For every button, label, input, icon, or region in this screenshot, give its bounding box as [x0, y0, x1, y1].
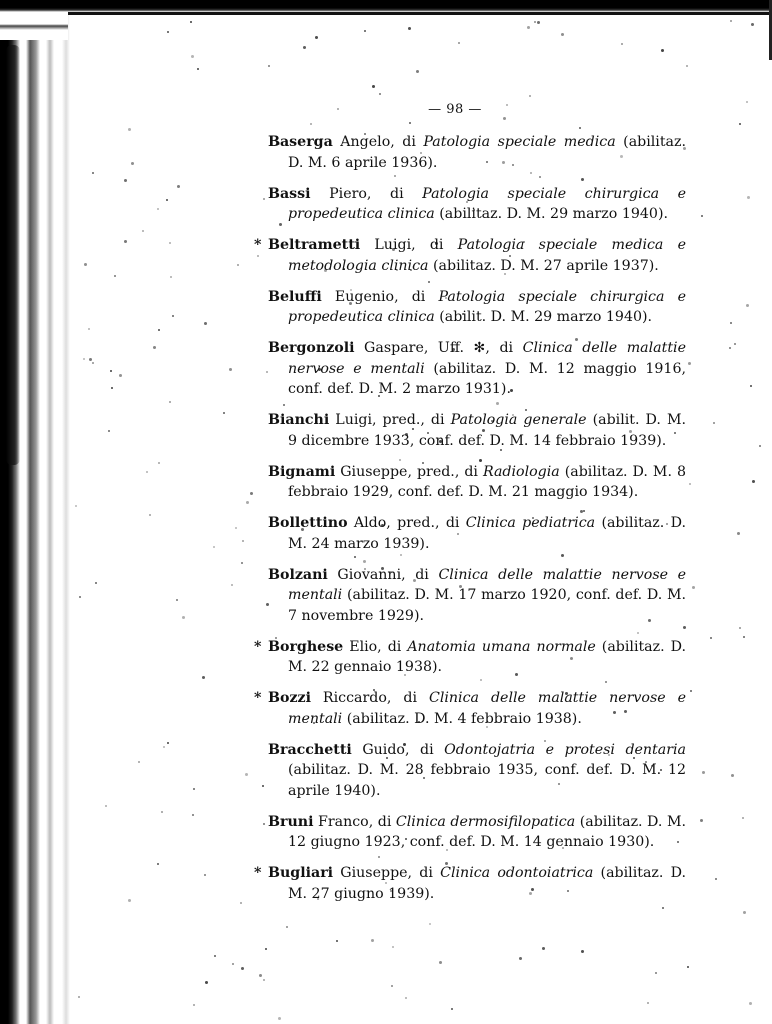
speck — [702, 771, 705, 774]
scan-top-border — [0, 0, 772, 12]
speck — [92, 362, 94, 364]
speck — [655, 972, 657, 974]
star-marker: * — [254, 235, 261, 256]
speck — [336, 940, 338, 942]
speck — [689, 483, 691, 485]
list-item: Bollettino Aldo, pred., di Clinica pedia… — [268, 513, 686, 554]
speck — [202, 676, 205, 679]
speck — [182, 616, 185, 619]
list-item: Bignami Giuseppe, pred., di Radiologia (… — [268, 462, 686, 503]
speck — [192, 814, 194, 816]
speck — [742, 817, 744, 819]
list-item: Bergonzoli Gaspare, Uff. ✻, di Clinica d… — [268, 338, 686, 400]
speck — [142, 230, 144, 232]
entry-details: (abilit. D. M. 29 marzo 1940). — [435, 309, 652, 325]
entry-subject: Radiologia — [483, 464, 560, 480]
speck — [537, 21, 540, 24]
speck — [391, 985, 393, 987]
binding-shadow — [6, 45, 20, 465]
speck — [416, 70, 419, 73]
speck — [278, 1017, 281, 1020]
entry-subject: Odontojatria e protesi dentaria — [444, 742, 686, 758]
speck — [241, 562, 243, 564]
speck — [108, 430, 110, 432]
speck — [561, 33, 564, 36]
speck — [163, 746, 165, 748]
speck — [743, 911, 746, 914]
speck — [392, 946, 394, 948]
speck — [169, 401, 171, 403]
entry-surname: Bolzani — [268, 567, 328, 583]
speck — [197, 68, 199, 70]
speck — [237, 264, 239, 266]
speck — [527, 26, 530, 29]
speck — [734, 343, 736, 345]
speck — [191, 55, 194, 58]
speck — [688, 362, 691, 365]
speck — [229, 368, 232, 371]
entry-subject: Clinica pediatrica — [466, 515, 595, 531]
scan-top-rule — [68, 12, 772, 15]
speck — [713, 422, 715, 424]
entry-surname: Bassi — [268, 186, 311, 202]
entry-given-name: Aldo, pred., di — [348, 515, 466, 531]
speck — [84, 263, 87, 266]
entry-surname: Bugliari — [268, 865, 333, 881]
speck — [158, 462, 160, 464]
speck — [119, 374, 122, 377]
entry-details: (abilitaz. D. M. 27 aprile 1937). — [428, 258, 658, 274]
speck — [749, 1002, 752, 1005]
entry-given-name: Piero, di — [311, 186, 423, 202]
speck — [731, 774, 734, 777]
entry-subject: Patologia speciale medica — [423, 134, 615, 150]
speck — [214, 955, 216, 957]
list-item: Bruni Franco, di Clinica dermosifilopati… — [268, 812, 686, 853]
speck — [193, 1004, 195, 1006]
speck — [241, 967, 244, 970]
speck — [752, 480, 755, 483]
speck — [146, 471, 148, 473]
speck — [79, 596, 81, 598]
speck — [124, 240, 127, 243]
speck — [458, 42, 460, 44]
entry-details: (abilitaz. D. M. 17 marzo 1920, conf. de… — [288, 587, 686, 624]
speck — [78, 996, 80, 998]
speck — [692, 586, 695, 589]
speck — [337, 108, 339, 110]
speck — [265, 948, 267, 950]
faculty-list: Baserga Angelo, di Patologia speciale me… — [268, 132, 686, 915]
entry-details: (abilitaz. D. M. 29 marzo 1940). — [435, 206, 668, 222]
entry-subject: Anatomia umana normale — [407, 639, 595, 655]
speck — [409, 122, 411, 124]
speck — [700, 819, 703, 822]
entry-given-name: Giovanni, di — [328, 567, 439, 583]
entry-given-name: Giuseppe, di — [333, 865, 440, 881]
entry-given-name: Franco, di — [314, 814, 396, 830]
speck — [661, 49, 664, 52]
scanned-page: — 98 — Baserga Angelo, di Patologia spec… — [0, 0, 772, 1024]
speck — [730, 20, 732, 22]
star-marker: * — [254, 637, 261, 658]
speck — [737, 532, 740, 535]
entry-given-name: Riccardo, di — [311, 690, 429, 706]
speck — [743, 636, 745, 638]
speck — [157, 208, 159, 210]
speck — [751, 23, 754, 26]
speck — [529, 95, 531, 97]
list-item: Bassi Piero, di Patologia speciale chiru… — [268, 184, 686, 225]
speck — [138, 761, 140, 763]
speck — [439, 961, 442, 964]
list-item: * Borghese Elio, di Anatomia umana norma… — [268, 637, 686, 678]
entry-given-name: Gaspare, Uff. ✻, di — [355, 340, 523, 356]
entry-details: (abilitaz. D. M. 28 febbraio 1935, conf.… — [288, 762, 686, 799]
speck — [747, 196, 750, 199]
speck — [746, 304, 749, 307]
speck — [408, 27, 411, 30]
speck — [250, 492, 253, 495]
speck — [364, 30, 366, 32]
speck — [245, 773, 248, 776]
entry-surname: Bollettino — [268, 515, 348, 531]
speck — [213, 546, 215, 548]
speck — [729, 347, 731, 349]
speck — [105, 805, 107, 807]
speck — [503, 117, 506, 120]
page-number: — 98 — — [425, 102, 485, 117]
star-marker: * — [254, 688, 261, 709]
speck — [158, 329, 160, 331]
speck — [746, 101, 748, 103]
speck — [124, 179, 127, 182]
speck — [232, 963, 234, 965]
speck — [506, 104, 508, 106]
speck — [542, 947, 545, 950]
speck — [223, 412, 225, 414]
entry-surname: Borghese — [268, 639, 343, 655]
entry-given-name: Eugenio, di — [322, 289, 439, 305]
speck — [167, 31, 169, 33]
entry-given-name: Elio, di — [343, 639, 407, 655]
star-marker: * — [254, 863, 261, 884]
entry-given-name: Guido, di — [352, 742, 444, 758]
entry-given-name: Angelo, di — [333, 134, 424, 150]
speck — [739, 123, 741, 125]
entry-subject: Patologia generale — [451, 412, 587, 428]
entry-given-name: Luigi, pred., di — [329, 412, 450, 428]
list-item: Bracchetti Guido, di Odontojatria e prot… — [268, 740, 686, 802]
speck — [246, 501, 249, 504]
speck — [95, 582, 97, 584]
speck — [429, 923, 431, 925]
entry-surname: Bozzi — [268, 690, 311, 706]
speck — [371, 939, 374, 942]
list-item: Bolzani Giovanni, di Clinica delle malat… — [268, 565, 686, 627]
speck — [690, 690, 692, 692]
list-item: * Bugliari Giuseppe, di Clinica odontoia… — [268, 863, 686, 904]
speck — [172, 315, 174, 317]
entry-subject: Clinica odontoiatrica — [440, 865, 593, 881]
list-item: Bianchi Luigi, pred., di Patologia gener… — [268, 410, 686, 451]
entry-given-name: Giuseppe, pred., di — [335, 464, 483, 480]
speck — [579, 127, 581, 129]
speck — [534, 21, 536, 23]
entry-surname: Bergonzoli — [268, 340, 355, 356]
entry-surname: Bracchetti — [268, 742, 352, 758]
speck — [89, 358, 92, 361]
speck — [88, 328, 90, 330]
speck — [153, 346, 156, 349]
speck — [405, 997, 407, 999]
speck — [131, 162, 134, 165]
speck — [170, 276, 172, 278]
speck — [315, 36, 318, 39]
speck — [268, 65, 270, 67]
speck — [687, 966, 689, 968]
entry-surname: Baserga — [268, 134, 333, 150]
list-item: * Bozzi Riccardo, di Clinica delle malat… — [268, 688, 686, 729]
entry-surname: Bruni — [268, 814, 314, 830]
speck — [176, 599, 178, 601]
list-item: Beluffi Eugenio, di Patologia speciale c… — [268, 287, 686, 328]
speck — [286, 926, 288, 928]
speck — [686, 65, 688, 67]
speck — [647, 1002, 649, 1004]
speck — [240, 902, 242, 904]
speck — [83, 358, 85, 360]
speck — [177, 185, 180, 188]
speck — [166, 199, 168, 201]
speck — [621, 43, 623, 45]
speck — [128, 899, 131, 902]
speck — [114, 275, 116, 277]
entry-surname: Beltrametti — [268, 237, 360, 253]
list-item: * Beltrametti Luigi, di Patologia specia… — [268, 235, 686, 276]
speck — [263, 979, 265, 981]
entry-surname: Bianchi — [268, 412, 329, 428]
speck — [581, 950, 584, 953]
speck — [128, 128, 131, 131]
speck — [205, 981, 208, 984]
speck — [715, 878, 717, 880]
speck — [110, 370, 112, 372]
speck — [310, 123, 312, 125]
speck — [303, 46, 306, 49]
speck — [759, 445, 761, 447]
speck — [169, 242, 171, 244]
speck — [111, 387, 113, 389]
speck — [710, 637, 712, 639]
entry-surname: Bignami — [268, 464, 335, 480]
speck — [161, 811, 163, 813]
speck — [739, 627, 741, 629]
entry-subject: Clinica dermosifilopatica — [396, 814, 575, 830]
speck — [190, 21, 192, 23]
speck — [149, 514, 151, 516]
entry-details: (abilitaz. D. M. 4 febbraio 1938). — [342, 711, 582, 727]
entry-surname: Beluffi — [268, 289, 322, 305]
speck — [750, 385, 752, 387]
speck — [379, 93, 381, 95]
speck — [235, 527, 237, 529]
speck — [92, 172, 94, 174]
speck — [157, 863, 159, 865]
speck — [262, 785, 264, 787]
speck — [263, 198, 265, 200]
speck — [231, 584, 233, 586]
speck — [519, 957, 522, 960]
speck — [167, 742, 169, 744]
speck — [204, 874, 206, 876]
list-item: Baserga Angelo, di Patologia speciale me… — [268, 132, 686, 173]
speck — [263, 823, 265, 825]
speck — [193, 788, 195, 790]
speck — [701, 215, 703, 217]
speck — [204, 322, 207, 325]
speck — [242, 540, 244, 542]
entry-given-name: Luigi, di — [360, 237, 458, 253]
speck — [730, 322, 732, 324]
speck — [259, 974, 262, 977]
speck — [372, 85, 375, 88]
speck — [75, 505, 77, 507]
speck — [451, 1008, 453, 1010]
